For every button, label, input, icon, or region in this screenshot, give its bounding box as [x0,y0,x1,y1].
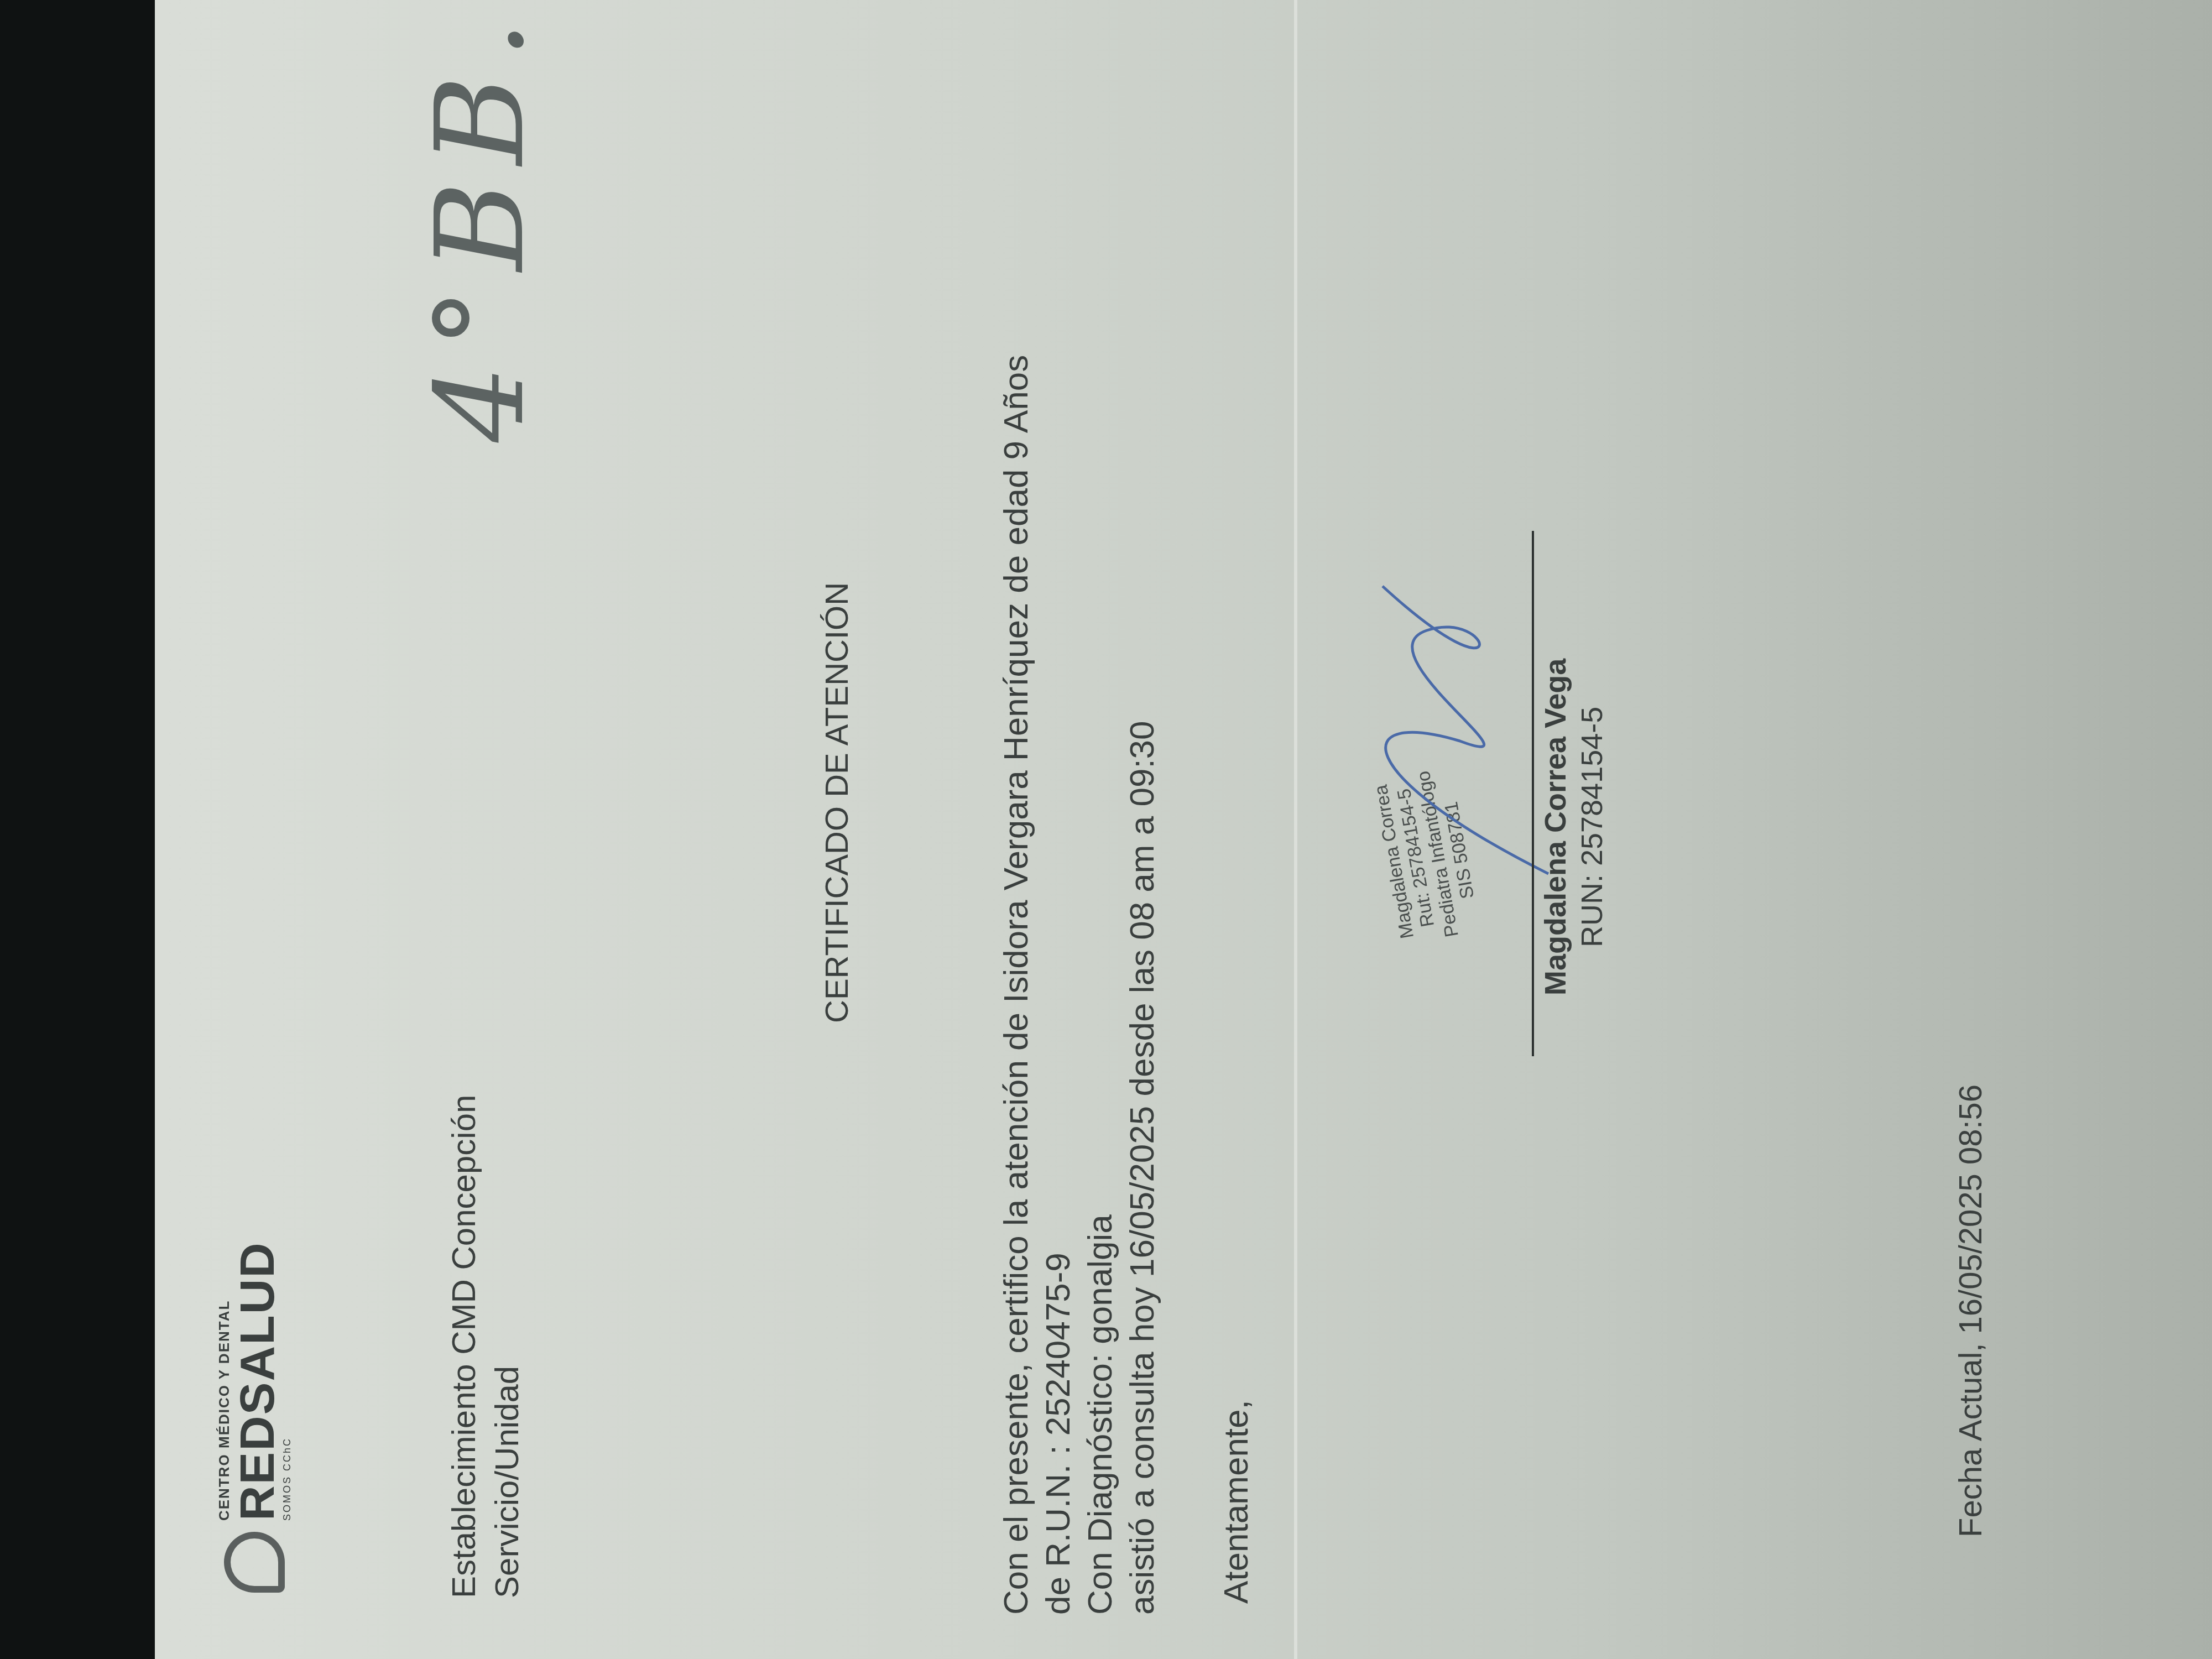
signer-block: Magdalena Correa Vega RUN: 25784154-5 [1537,659,1610,995]
body-line-patient: Con el presente, certifico la atención d… [995,355,1037,1615]
body-line-diagnosis: Con Diagnóstico: gonalgia [1079,355,1121,1615]
certificate-page: CENTRO MÉDICO Y DENTAL REDSALUD SOMOS CC… [155,0,2212,1659]
document-title: CERTIFICADO DE ATENCIÓN [818,582,855,1023]
heart-logo-icon [224,1532,285,1593]
redsalud-logo: CENTRO MÉDICO Y DENTAL REDSALUD SOMOS CC… [216,1241,293,1593]
body-line-run: de R.U.N. : 25240475-9 [1037,355,1079,1615]
signature-line [1532,531,1534,1056]
establishment-block: Establecimiento CMD Concepción Servicio/… [442,1095,529,1598]
establishment-name: Establecimiento CMD Concepción [442,1095,486,1598]
handwritten-note: 4°BB. [409,4,551,442]
signer-run: RUN: 25784154-5 [1574,659,1610,995]
logo-brand: REDSALUD [233,1241,281,1521]
certificate-body: Con el presente, certifico la atención d… [995,355,1164,1615]
signer-name: Magdalena Correa Vega [1537,659,1574,995]
service-unit: Servicio/Unidad [486,1095,529,1598]
current-date: Fecha Actual, 16/05/2025 08:56 [1952,1084,1989,1537]
body-line-attendance: asistió a consulta hoy 16/05/2025 desde … [1121,355,1164,1615]
closing: Atentamente, [1217,1400,1256,1604]
